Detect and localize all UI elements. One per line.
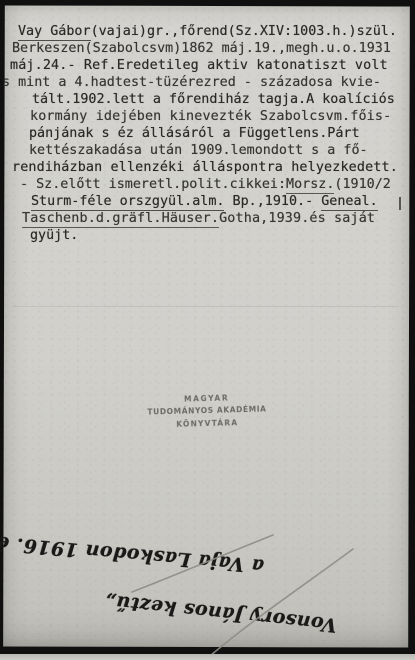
typewritten-line: s mint a 4.hadtest-tüzérezred - százados… — [0, 74, 415, 91]
typewritten-line: rendiházban ellenzéki álláspontra helyez… — [0, 159, 415, 176]
typewritten-line: Berkeszen(Szabolcsvm)1862 máj.19.,megh.u… — [0, 40, 415, 57]
underlined-text-segment: Taschenb.d.gräfl.Häuser. — [22, 211, 219, 228]
text-segment: kettészakadása után 1909.lemondott s a f… — [29, 143, 368, 158]
typewritten-line: Taschenb.d.gräfl.Häuser.Gotha,1939.és sa… — [0, 210, 415, 227]
scanned-catalog-card-photo: Vay Gábor(vajai)gr.,főrend(Sz.XIV:1003.h… — [0, 0, 415, 660]
typewritten-line: Vay Gábor(vajai)gr.,főrend(Sz.XIV:1003.h… — [0, 23, 415, 40]
typewritten-line: kettészakadása után 1909.lemondott s a f… — [0, 142, 415, 159]
text-segment: - Sz.előtt ismeretl.polit.cikkei: — [20, 177, 286, 192]
typewritten-text: Vay Gábor(vajai)gr.,főrend(Sz.XIV:1003.h… — [0, 23, 415, 244]
underlined-text-segment: Vay Gábor — [18, 24, 91, 41]
typewritten-line: gyüjt. — [0, 227, 415, 244]
text-segment: pánjának s éz állásáról a Függetlens.Pár… — [29, 126, 360, 141]
text-segment: rendiházban ellenzéki álláspontra helyez… — [12, 160, 398, 175]
typewritten-line: máj.24.- Ref.Eredetileg aktiv katonatisz… — [0, 57, 415, 74]
underlined-text-segment: Sturm-féle orszgyül.alm. — [31, 194, 224, 211]
text-segment: gyüjt. — [30, 228, 78, 243]
text-segment: (vajai)gr.,főrend(Sz.XIV:1003.h.)szül. — [91, 24, 397, 39]
underlined-text-segment: Morsz. — [286, 177, 334, 194]
typewritten-line: kormány idejében kinevezték Szabolcsvm.f… — [0, 108, 415, 125]
scanner-edge-strip — [0, 654, 415, 660]
underlined-text-segment: Geneal. — [321, 194, 377, 211]
text-segment: tált.1902.lett a főrendiház tagja.A koal… — [32, 92, 395, 107]
typewritten-line: Sturm-féle orszgyül.alm. Bp.,1910.- Gene… — [0, 193, 415, 210]
typewritten-line: - Sz.előtt ismeretl.polit.cikkei:Morsz.(… — [0, 176, 415, 193]
text-segment: kormány idejében kinevezték Szabolcsvm.f… — [30, 109, 391, 124]
page-edge-cutoff-mark — [399, 197, 401, 210]
paper-crease-line — [12, 306, 398, 307]
text-segment: Bp.,1910.- — [224, 194, 321, 209]
typewritten-line: tált.1902.lett a főrendiház tagja.A koal… — [0, 91, 415, 108]
text-segment: s mint a 4.hadtest-tüzérezred - százados… — [2, 75, 381, 90]
text-segment: Berkeszen(Szabolcsvm)1862 máj.19.,megh.u… — [12, 41, 391, 56]
text-segment: Gotha,1939.és saját — [219, 211, 375, 226]
text-segment: máj.24.- Ref.Eredetileg aktiv katonatisz… — [10, 58, 388, 73]
library-stamp: MAGYAR TUDOMÁNYOS AKADÉMIA KÖNYVTÁRA — [128, 391, 287, 432]
typewritten-line: pánjának s éz állásáról a Függetlens.Pár… — [0, 125, 415, 142]
text-segment: (1910/2 — [334, 177, 390, 192]
